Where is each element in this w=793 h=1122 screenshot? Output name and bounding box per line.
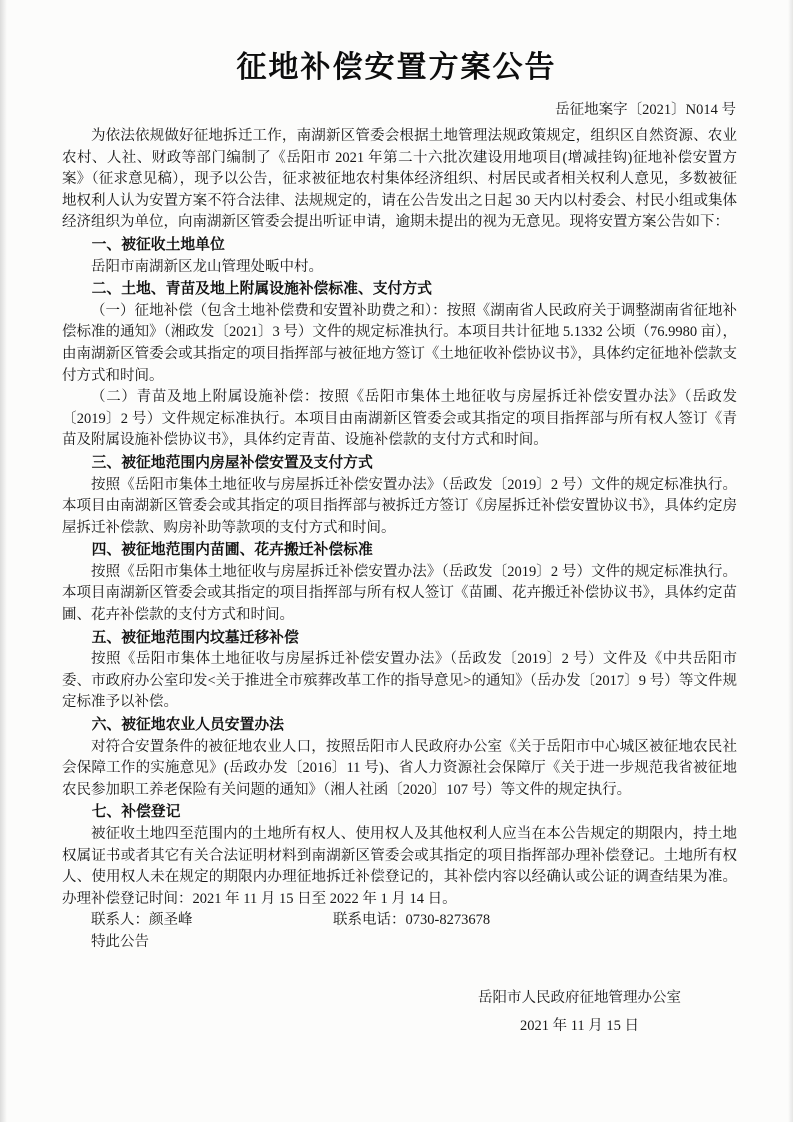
section-heading-5: 五、被征地范围内坟墓迁移补偿 <box>62 628 737 650</box>
section-paragraph: 按照《岳阳市集体土地征收与房屋拆迁补偿安置办法》（岳政发〔2019〕2 号）文件… <box>62 475 737 540</box>
contact-person-name: 颜圣峰 <box>149 912 193 928</box>
issuing-authority: 岳阳市人民政府征地管理办公室 <box>478 984 681 1012</box>
document-body: 为依法依规做好征地拆迁工作，南湖新区管委会根据土地管理法规政策规定，组织区自然资… <box>62 126 737 1040</box>
contact-person: 联系人：颜圣峰 <box>91 910 333 932</box>
signature-inner: 岳阳市人民政府征地管理办公室 2021 年 11 月 15 日 <box>478 984 681 1040</box>
section-paragraph: 岳阳市南湖新区龙山管理处畈中村。 <box>62 257 737 279</box>
contact-phone: 联系电话：0730-8273678 <box>333 910 490 932</box>
section-paragraph: 按照《岳阳市集体土地征收与房屋拆迁补偿安置办法》（岳政发〔2019〕2 号）文件… <box>62 649 737 714</box>
section-paragraph: 对符合安置条件的被征地农业人口，按照岳阳市人民政府办公室《关于岳阳市中心城区被征… <box>62 737 737 802</box>
section-heading-7: 七、补偿登记 <box>62 802 737 824</box>
contact-person-label: 联系人： <box>91 912 149 928</box>
intro-paragraph: 为依法依规做好征地拆迁工作，南湖新区管委会根据土地管理法规政策规定，组织区自然资… <box>62 126 737 234</box>
page-title: 征地补偿安置方案公告 <box>0 0 793 86</box>
section-paragraph: 被征收土地四至范围内的土地所有权人、使用权人及其他权利人应当在本公告规定的期限内… <box>62 824 737 910</box>
section-heading-1: 一、被征收土地单位 <box>62 235 737 257</box>
document-number: 岳征地案字〔2021〕N014 号 <box>0 98 793 119</box>
contact-phone-label: 联系电话： <box>333 912 406 928</box>
section-paragraph: （一）征地补偿（包含土地补偿费和安置补助费之和）：按照《湖南省人民政府关于调整湖… <box>62 301 737 387</box>
issue-date: 2021 年 11 月 15 日 <box>478 1012 681 1040</box>
section-heading-3: 三、被征地范围内房屋补偿安置及支付方式 <box>62 453 737 475</box>
signature-block: 岳阳市人民政府征地管理办公室 2021 年 11 月 15 日 <box>62 984 681 1040</box>
closing-statement: 特此公告 <box>62 932 737 954</box>
contact-phone-number: 0730-8273678 <box>406 912 491 928</box>
section-paragraph: （二）青苗及地上附属设施补偿：按照《岳阳市集体土地征收与房屋拆迁补偿安置办法》（… <box>62 387 737 452</box>
section-heading-2: 二、土地、青苗及地上附属设施补偿标准、支付方式 <box>62 279 737 301</box>
section-heading-6: 六、被征地农业人员安置办法 <box>62 715 737 737</box>
section-heading-4: 四、被征地范围内苗圃、花卉搬迁补偿标准 <box>62 540 737 562</box>
document-page: 征地补偿安置方案公告 岳征地案字〔2021〕N014 号 为依法依规做好征地拆迁… <box>0 0 793 1122</box>
section-paragraph: 按照《岳阳市集体土地征收与房屋拆迁补偿安置办法》（岳政发〔2019〕2 号）文件… <box>62 562 737 627</box>
contact-row: 联系人：颜圣峰 联系电话：0730-8273678 <box>91 910 737 932</box>
